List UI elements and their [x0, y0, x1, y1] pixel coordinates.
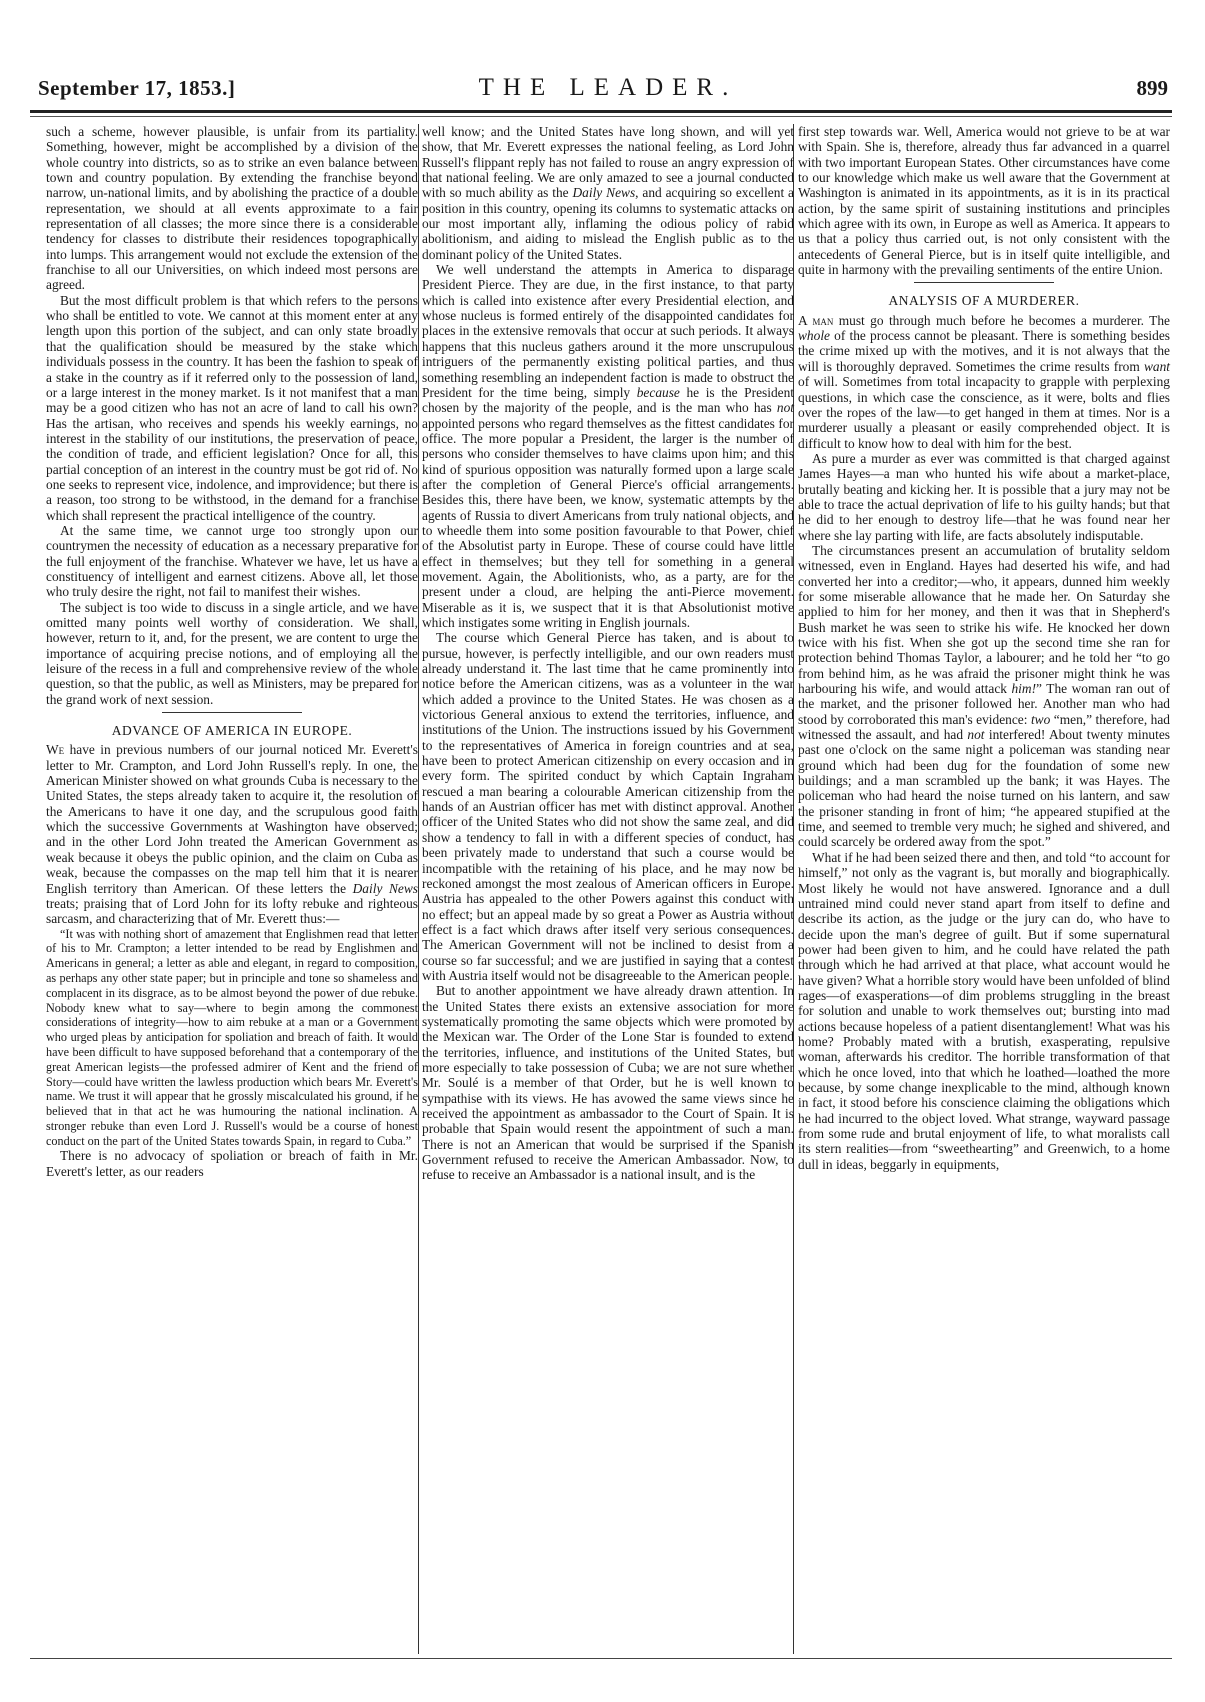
- lead-word: A man: [798, 313, 833, 328]
- italic-text: Daily News: [573, 185, 636, 200]
- newspaper-title: THE LEADER.: [438, 74, 778, 102]
- paragraph: But to another appointment we have alrea…: [422, 983, 794, 1182]
- italic-text: Daily News: [353, 881, 418, 896]
- page-number: 899: [1137, 76, 1169, 101]
- italic-text: two: [1031, 712, 1050, 727]
- italic-text: want: [1144, 359, 1170, 374]
- text-run: of will. Sometimes from total incapacity…: [798, 374, 1170, 450]
- text-run: of the process cannot be pleasant. There…: [798, 328, 1170, 374]
- text-run: appointed persons who regard themselves …: [422, 416, 794, 630]
- masthead-rule: [30, 110, 1172, 113]
- paragraph: such a scheme, however plausible, is unf…: [46, 124, 418, 293]
- italic-text: not: [967, 727, 984, 742]
- masthead: September 17, 1853.] THE LEADER. 899: [38, 70, 1168, 104]
- column-1: such a scheme, however plausible, is unf…: [46, 124, 418, 1179]
- paragraph: A man must go through much before he bec…: [798, 313, 1170, 451]
- paragraph: There is no advocacy of spoliation or br…: [46, 1148, 418, 1179]
- paragraph: We have in previous numbers of our journ…: [46, 742, 418, 926]
- paragraph: well know; and the United States have lo…: [422, 124, 794, 262]
- paragraph: As pure a murder as ever was committed i…: [798, 451, 1170, 543]
- italic-text: him!: [1011, 681, 1036, 696]
- article-headline: ANALYSIS OF A MURDERER.: [798, 293, 1170, 308]
- article-separator: [162, 712, 302, 713]
- masthead-rule-thin: [30, 116, 1172, 117]
- text-run: We well understand the attempts in Ameri…: [422, 262, 794, 400]
- paragraph: The course which General Pierce has take…: [422, 630, 794, 983]
- paragraph: The subject is too wide to discuss in a …: [46, 600, 418, 707]
- text-run: interfered! About twenty minutes past on…: [798, 727, 1170, 849]
- paragraph: The circumstances present an accumulatio…: [798, 543, 1170, 850]
- article-headline: ADVANCE OF AMERICA IN EUROPE.: [46, 723, 418, 738]
- italic-text: whole: [798, 328, 830, 343]
- column-2: well know; and the United States have lo…: [422, 124, 794, 1183]
- text-run: treats; praising that of Lord John for i…: [46, 896, 418, 926]
- block-quote: “It was with nothing short of amazement …: [46, 927, 418, 1149]
- text-run: must go through much before he becomes a…: [833, 313, 1170, 328]
- article-separator: [914, 282, 1054, 283]
- italic-text: not: [777, 400, 794, 415]
- column-3: first step towards war. Well, America wo…: [798, 124, 1170, 1172]
- page-bottom-rule: [30, 1658, 1172, 1659]
- column-divider: [418, 124, 419, 1654]
- lead-word: We: [46, 742, 64, 757]
- paragraph: We well understand the attempts in Ameri…: [422, 262, 794, 630]
- text-run: The circumstances present an accumulatio…: [798, 543, 1170, 696]
- italic-text: because: [637, 385, 680, 400]
- paragraph: first step towards war. Well, America wo…: [798, 124, 1170, 277]
- paragraph: But the most difficult problem is that w…: [46, 293, 418, 523]
- issue-date: September 17, 1853.]: [38, 76, 235, 101]
- paragraph: At the same time, we cannot urge too str…: [46, 523, 418, 600]
- paragraph: What if he had been seized there and the…: [798, 850, 1170, 1172]
- text-run: have in previous numbers of our journal …: [46, 742, 418, 895]
